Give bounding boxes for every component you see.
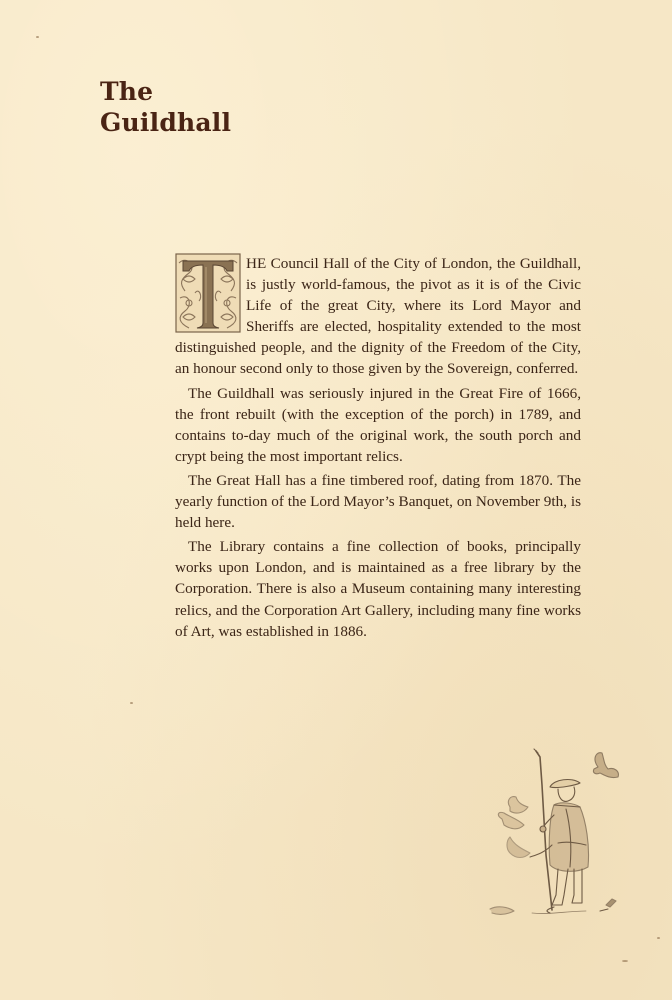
- ornamental-drop-cap-t-icon: [175, 253, 241, 333]
- book-page: The Guildhall: [0, 0, 672, 1000]
- paragraph-1: HE Council Hall of the City of London, t…: [175, 253, 581, 380]
- paper-speck: [657, 937, 660, 939]
- paragraph-4: The Library contains a fine collection o…: [175, 536, 581, 641]
- paragraph-3: The Great Hall has a fine timbered roof,…: [175, 470, 581, 533]
- paper-speck: [130, 702, 133, 704]
- page-title: The Guildhall: [100, 76, 231, 138]
- paper-speck: [622, 960, 628, 962]
- paper-speck: [36, 36, 39, 38]
- title-line-1: The: [100, 76, 231, 107]
- article-body: HE Council Hall of the City of London, t…: [175, 253, 581, 645]
- paragraph-2: The Guildhall was seriously injured in t…: [175, 383, 581, 467]
- title-line-2: Guildhall: [100, 107, 231, 138]
- beadle-illustration-icon: [488, 745, 628, 925]
